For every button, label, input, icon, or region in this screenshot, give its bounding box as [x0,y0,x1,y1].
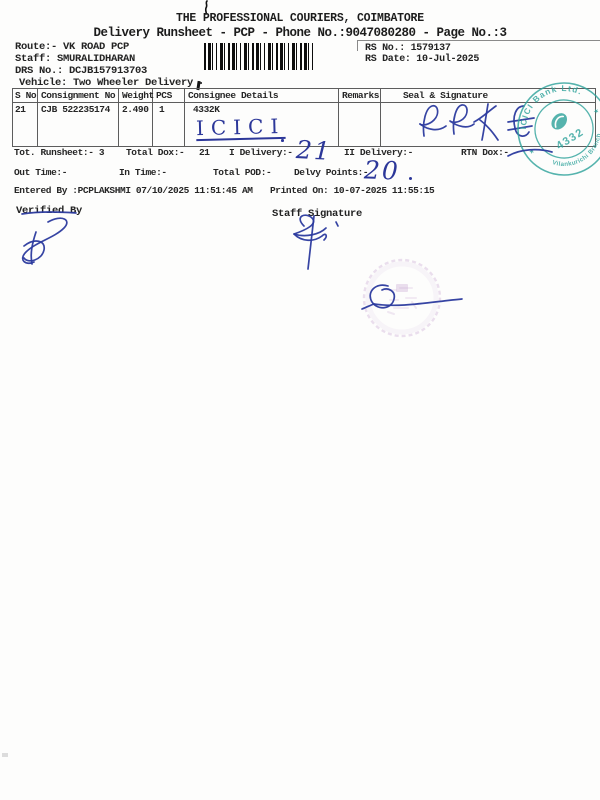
cell-pcs: 1 [159,105,164,116]
col-header-consignee: Consignee Details [188,91,278,102]
receiver-signature [358,278,468,320]
handwritten-i-delivery: 21 [295,135,332,166]
scan-smudge [2,753,8,757]
col-divider [184,89,185,146]
drs-no-line: DRS No.: DCJB157913703 [15,65,147,78]
total-dox-label: Total Dox:- [126,148,184,159]
col-header-weight: Weight [122,91,154,102]
pen-dot [200,82,202,84]
handwritten-rtn-dox-mark [506,144,554,160]
col-divider [338,89,339,146]
star-icon: ★ [591,105,600,117]
verified-by-signature [14,210,90,266]
i-delivery-label: I Delivery:- [229,148,293,159]
scanned-delivery-runsheet: THE PROFESSIONAL COURIERS, COIMBATORE De… [0,0,600,800]
in-time-label: In Time:- [119,168,167,179]
staff-signature [278,212,342,272]
rtn-dox-label: RTN Dox:- [461,148,509,159]
route-line: Route:- VK ROAD PCP [15,41,129,54]
handwritten-delvy-points: 20 [364,155,401,185]
icici-logo-icon [545,108,573,135]
rs-box-left-line [357,40,358,51]
cell-sno: 21 [15,105,26,116]
total-pod-label: Total POD:- [213,168,271,179]
col-header-sno: S No [15,91,36,102]
tot-runsheet: Tot. Runsheet:- 3 [14,148,104,159]
total-dox-value: 21 [199,148,210,159]
icici-bank-stamp: ICICI Bank Ltd. Vilankurichi Branch ★ ★ … [514,79,600,179]
stamp-ring-top-text: ICICI Bank Ltd. [514,79,587,134]
entered-by-line: Entered By :PCPLAKSHMI 07/10/2025 11:51:… [14,186,253,197]
svg-text:ICICI Bank Ltd.: ICICI Bank Ltd. [514,79,587,134]
handwritten-consignee: ICICI [196,114,286,140]
out-time-label: Out Time:- [14,168,67,179]
document-subtitle: Delivery Runsheet - PCP - Phone No.:9047… [0,26,600,40]
cell-consignee: 4332K [193,105,220,116]
consignment-barcode [204,43,315,70]
col-header-remarks: Remarks [342,91,379,102]
stamp-branch-code: 4332 [554,126,586,152]
pen-dot [281,139,284,142]
staff-line: Staff: SMURALIDHARAN [15,53,135,66]
delvy-points-label: Delvy Points:- [294,168,368,179]
col-header-consignment: Consignment No [41,91,115,102]
rs-box-top-line [357,40,600,41]
cell-weight: 2.490 [122,105,149,116]
col-header-pcs: PCS [156,91,172,102]
document-title: THE PROFESSIONAL COURIERS, COIMBATORE [0,12,600,25]
col-divider [380,89,381,146]
printed-on-line: Printed On: 10-07-2025 11:55:15 [270,186,434,197]
col-divider [37,89,38,146]
pen-dot [409,177,412,180]
cell-consignment: CJB 522235174 [41,105,110,116]
rs-date-line: RS Date: 10-Jul-2025 [365,54,479,66]
col-divider [118,89,119,146]
